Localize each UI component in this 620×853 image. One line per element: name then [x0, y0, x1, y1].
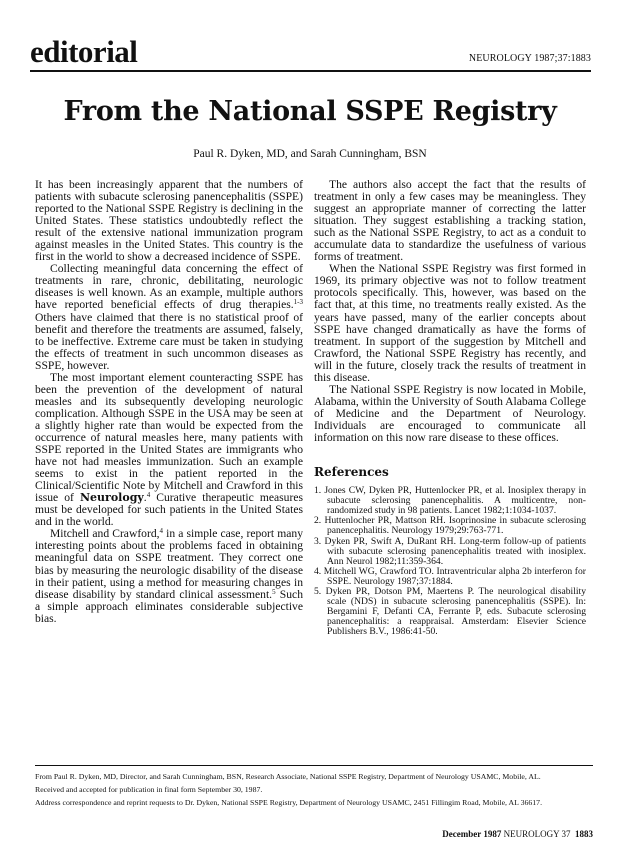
paragraph: The National SSPE Registry is now locate…: [314, 384, 586, 444]
left-column: It has been increasingly apparent that t…: [35, 179, 303, 625]
article-title: From the National SSPE Registry: [0, 96, 620, 127]
article-authors: Paul R. Dyken, MD, and Sarah Cunningham,…: [0, 148, 620, 160]
reference-item: 3. Dyken PR, Swift A, DuRant RH. Long-te…: [314, 537, 586, 567]
citation-superscript: 1-3: [294, 298, 303, 306]
paragraph: When the National SSPE Registry was firs…: [314, 263, 586, 383]
section-label: editorial: [30, 36, 137, 67]
reference-item: 5. Dyken PR, Dotson PM, Maertens P. The …: [314, 587, 586, 637]
references-list: 1. Jones CW, Dyken PR, Huttenlocker PR, …: [314, 486, 586, 637]
paragraph: Mitchell and Crawford,4 in a simple case…: [35, 528, 303, 624]
right-column: The authors also accept the fact that th…: [314, 179, 586, 637]
correspondence-note: Address correspondence and reprint reque…: [35, 796, 593, 809]
page-number: 1883: [575, 829, 593, 839]
journal-name: Neurology: [80, 491, 144, 504]
reference-item: 4. Mitchell WG, Crawford TO. Intraventri…: [314, 567, 586, 587]
reference-item: 1. Jones CW, Dyken PR, Huttenlocker PR, …: [314, 486, 586, 516]
paragraph: It has been increasingly apparent that t…: [35, 179, 303, 263]
page-header: editorial NEUROLOGY 1987;37:1883: [30, 36, 591, 72]
issue-date: December 1987: [442, 829, 501, 839]
paragraph: The most important element counteracting…: [35, 372, 303, 529]
received-note: Received and accepted for publication in…: [35, 783, 593, 796]
paragraph: The authors also accept the fact that th…: [314, 179, 586, 263]
page-footer: December 1987 NEUROLOGY 37 1883: [442, 829, 593, 839]
affiliation-note: From Paul R. Dyken, MD, Director, and Sa…: [35, 770, 593, 783]
reference-item: 2. Huttenlocher PR, Mattson RH. Isoprino…: [314, 516, 586, 536]
journal-citation: NEUROLOGY 1987;37:1883: [469, 53, 591, 64]
footer-journal: NEUROLOGY 37: [504, 829, 571, 839]
footnotes: From Paul R. Dyken, MD, Director, and Sa…: [35, 765, 593, 809]
references-heading: References: [314, 466, 586, 478]
paragraph: Collecting meaningful data concerning th…: [35, 263, 303, 371]
